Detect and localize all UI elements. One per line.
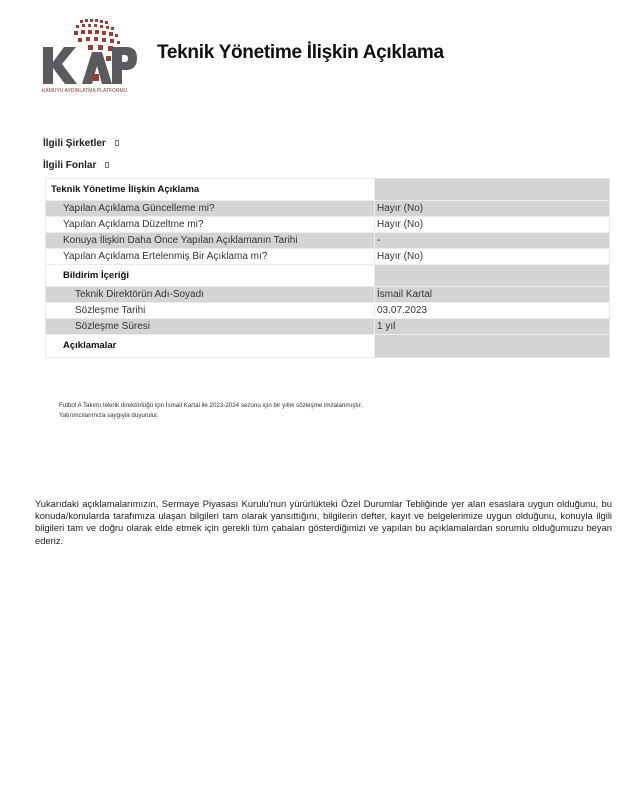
note-line: Yatırımcılarımıza saygıyla duyurulur. [59,411,362,421]
disclaimer-text: Yukarıdaki açıklamalarımızın, Sermaye Pi… [35,498,612,547]
section-value [374,179,609,200]
expand-icon[interactable] [115,140,119,146]
row-value: 03.07.2023 [374,303,609,318]
table-row: Teknik Direktörün Adı-Soyadı İsmail Kart… [46,287,609,303]
row-value: Hayır (No) [374,217,609,232]
expand-icon[interactable] [105,162,109,168]
explanations-value [374,335,609,357]
row-label: Teknik Direktörün Adı-Soyadı [46,287,374,302]
table-row: Yapılan Açıklama Ertelenmiş Bir Açıklama… [46,249,609,265]
row-value: Hayır (No) [374,249,609,264]
svg-text:KAMUYU AYDINLATMA PLATFORMU: KAMUYU AYDINLATMA PLATFORMU [42,88,128,94]
row-value: - [374,233,609,248]
table-explanations-header: Açıklamalar [46,335,609,357]
row-label: Yapılan Açıklama Güncelleme mi? [46,201,374,216]
row-value: 1 yıl [374,319,609,334]
row-label: Sözleşme Tarihi [46,303,374,318]
table-row: Yapılan Açıklama Düzeltme mi? Hayır (No) [46,217,609,233]
subsection-title: Bildirim İçeriği [46,265,374,286]
explanations-title: Açıklamalar [46,335,374,357]
related-funds-label: İlgili Fonlar [43,160,96,171]
section-title: Teknik Yönetime İlişkin Açıklama [46,179,374,200]
related-funds[interactable]: İlgili Fonlar [43,160,109,171]
table-subsection-header: Bildirim İçeriği [46,265,609,287]
kap-logo: KAMUYU AYDINLATMA PLATFORMU [40,14,140,94]
row-label: Konuya İlişkin Daha Önce Yapılan Açıklam… [46,233,374,248]
row-value: Hayır (No) [374,201,609,216]
table-row: Yapılan Açıklama Güncelleme mi? Hayır (N… [46,201,609,217]
note-line: Futbol A Takımı teknik direktörlüğü için… [59,401,362,411]
disclosure-table: Teknik Yönetime İlişkin Açıklama Yapılan… [45,178,610,358]
row-label: Sözleşme Süresi [46,319,374,334]
table-row: Sözleşme Süresi 1 yıl [46,319,609,335]
related-companies[interactable]: İlgili Şirketler [43,138,119,149]
row-label: Yapılan Açıklama Düzeltme mi? [46,217,374,232]
row-value: İsmail Kartal [374,287,609,302]
subsection-value [374,265,609,286]
explanation-note: Futbol A Takımı teknik direktörlüğü için… [59,401,362,420]
related-companies-label: İlgili Şirketler [43,138,106,149]
kap-logo-icon: KAMUYU AYDINLATMA PLATFORMU [40,14,140,94]
header: KAMUYU AYDINLATMA PLATFORMU Teknik Yönet… [0,0,640,110]
page-title: Teknik Yönetime İlişkin Açıklama [157,42,444,64]
table-row: Konuya İlişkin Daha Önce Yapılan Açıklam… [46,233,609,249]
table-row: Sözleşme Tarihi 03.07.2023 [46,303,609,319]
table-section-header: Teknik Yönetime İlişkin Açıklama [46,179,609,201]
row-label: Yapılan Açıklama Ertelenmiş Bir Açıklama… [46,249,374,264]
